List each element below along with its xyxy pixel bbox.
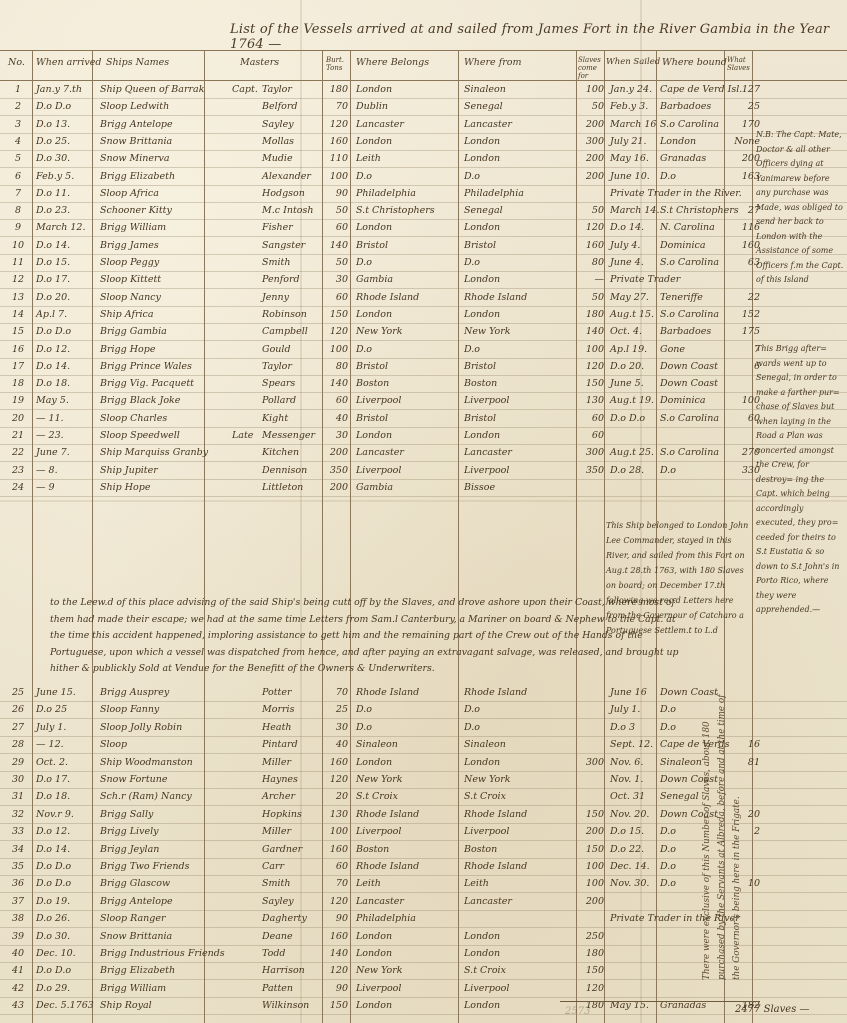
master-name: Sayley — [262, 119, 294, 130]
master-name: Mudie — [262, 153, 293, 164]
burthen-tons: 160 — [322, 136, 348, 147]
row-number: 14 — [8, 309, 28, 320]
where-belongs: Gambia — [356, 482, 393, 493]
where-from: London — [464, 948, 500, 959]
table-row: 12D.o 17.Sloop KittettPenford30GambiaLon… — [0, 272, 847, 289]
where-bound: D.o — [660, 878, 676, 889]
where-belongs: D.o — [356, 171, 372, 182]
ship-name: Brigg Antelope — [100, 896, 173, 907]
ship-name: Ship Africa — [100, 309, 154, 320]
slaves-come-for: 100 — [582, 344, 604, 355]
where-from: London — [464, 1000, 500, 1011]
row-number: 19 — [8, 395, 28, 406]
where-from: S.t Croix — [464, 965, 506, 976]
table-row: 16D.o 12.Brigg HopeGould100D.oD.o100Ap.l… — [0, 342, 847, 359]
total-rule — [560, 1001, 760, 1002]
master-name: Belford — [262, 101, 298, 112]
arrival-date: D.o D.o — [36, 861, 71, 872]
where-belongs: D.o — [356, 344, 372, 355]
row-number: 3 — [8, 119, 28, 130]
header-where-from: Where from — [464, 58, 521, 68]
burthen-tons: 100 — [322, 171, 348, 182]
what-slaves: 152 — [730, 309, 760, 320]
ship-name: Sloop — [100, 739, 127, 750]
slaves-come-for: 140 — [582, 326, 604, 337]
where-bound: Down Coast — [660, 378, 718, 389]
when-sailed: D.o 15. — [610, 826, 644, 837]
where-belongs: Liverpool — [356, 826, 401, 837]
burthen-tons: 50 — [322, 205, 348, 216]
where-bound: Teneriffe — [660, 292, 703, 303]
where-belongs: Leith — [356, 878, 381, 889]
where-bound: Dominica — [660, 240, 706, 251]
ship-name: Sloop Charles — [100, 413, 167, 424]
row-number: 39 — [8, 931, 28, 942]
ship-name: Snow Brittania — [100, 136, 172, 147]
where-from: Bissoe — [464, 482, 495, 493]
ship-name: Sloop Ledwith — [100, 101, 169, 112]
table-row: 4D.o 25.Snow BrittaniaMollas160LondonLon… — [0, 134, 847, 151]
row-number: 20 — [8, 413, 28, 424]
where-from: New York — [464, 326, 511, 337]
ship-name: Sloop Africa — [100, 188, 159, 199]
row-number: 27 — [8, 722, 28, 733]
ship-name: Brigg William — [100, 983, 166, 994]
master-name: Heath — [262, 722, 292, 733]
where-bound: S.o Carolina — [660, 309, 719, 320]
arrival-date: D.o 14. — [36, 844, 70, 855]
where-from: Lancaster — [464, 896, 512, 907]
ship-name: Brigg Jeylan — [100, 844, 159, 855]
master-name: Archer — [262, 791, 295, 802]
where-from: Philadelphia — [464, 188, 524, 199]
where-bound: Gone — [660, 344, 685, 355]
slaves-come-for: 200 — [582, 153, 604, 164]
note-brigg-hope: This Brigg after= wards went up to Seneg… — [756, 342, 844, 618]
burthen-tons: 40 — [322, 739, 348, 750]
where-belongs: Bristol — [356, 240, 388, 251]
master-prefix: Late — [232, 430, 253, 441]
table-row: 10D.o 14.Brigg JamesSangster140BristolBr… — [0, 238, 847, 255]
where-belongs: S.t Croix — [356, 791, 398, 802]
master-name: Harrison — [262, 965, 305, 976]
master-name: Kight — [262, 413, 288, 424]
arrival-date: Dec. 5.1763 — [36, 1000, 94, 1011]
where-bound: S.o Carolina — [660, 119, 719, 130]
slaves-come-for: 80 — [582, 257, 604, 268]
where-bound: Dominica — [660, 395, 706, 406]
table-row: 2D.o D.oSloop LedwithBelford70DublinSene… — [0, 99, 847, 116]
burthen-tons: 140 — [322, 378, 348, 389]
row-number: 43 — [8, 1000, 28, 1011]
when-sailed: June 10. — [610, 171, 650, 182]
table-row: 18D.o 18.Brigg Vig. PacquettSpears140Bos… — [0, 376, 847, 393]
arrival-date: D.o 17. — [36, 274, 70, 285]
where-belongs: London — [356, 757, 392, 768]
slaves-come-for: 100 — [582, 861, 604, 872]
slaves-come-for: 300 — [582, 447, 604, 458]
where-from: D.o — [464, 171, 480, 182]
master-name: Potter — [262, 687, 292, 698]
where-belongs: Bristol — [356, 361, 388, 372]
where-belongs: D.o — [356, 722, 372, 733]
where-from: Lancaster — [464, 447, 512, 458]
ship-name: Brigg Two Friends — [100, 861, 189, 872]
burthen-tons: 20 — [322, 791, 348, 802]
arrival-date: June 7. — [36, 447, 70, 458]
table-row: 5D.o 30.Snow MinervaMudie110LeithLondon2… — [0, 151, 847, 168]
where-bound: D.o — [660, 844, 676, 855]
ship-name: Snow Brittania — [100, 931, 172, 942]
where-belongs: Rhode Island — [356, 809, 419, 820]
table-row: 1Jan.y 7.thShip Queen of BarrakCapt.Tayl… — [0, 82, 847, 99]
when-sailed: Private Trader — [610, 274, 680, 285]
master-prefix: Capt. — [232, 84, 258, 95]
arrival-date: Nov.r 9. — [36, 809, 74, 820]
row-number: 29 — [8, 757, 28, 768]
slaves-come-for: 200 — [582, 171, 604, 182]
when-sailed: D.o 14. — [610, 222, 644, 233]
slaves-come-for: 150 — [582, 965, 604, 976]
header-masters: Masters — [240, 58, 279, 68]
arrival-date: D.o 25 — [36, 704, 67, 715]
ship-name: Ship Woodmanston — [100, 757, 193, 768]
where-bound: D.o — [660, 465, 676, 476]
burthen-tons: 90 — [322, 188, 348, 199]
arrival-date: — 9 — [36, 482, 55, 493]
where-bound: D.o — [660, 826, 676, 837]
table-row: 8D.o 23.Schooner KittyM.c Intosh50S.t Ch… — [0, 203, 847, 220]
arrival-date: Jan.y 7.th — [36, 84, 82, 95]
ship-name: Sloop Ranger — [100, 913, 165, 924]
when-sailed: D.o 20. — [610, 361, 644, 372]
where-from: Rhode Island — [464, 292, 527, 303]
when-sailed: June 5. — [610, 378, 644, 389]
when-sailed: July 1. — [610, 704, 640, 715]
where-belongs: D.o — [356, 257, 372, 268]
arrival-date: Oct. 2. — [36, 757, 68, 768]
burthen-tons: 150 — [322, 309, 348, 320]
ship-name: Schooner Kitty — [100, 205, 172, 216]
where-from: Liverpool — [464, 465, 509, 476]
master-name: Gould — [262, 344, 291, 355]
master-name: Smith — [262, 257, 291, 268]
where-belongs: Philadelphia — [356, 913, 416, 924]
ship-name: Ship Queen of Barrak — [100, 84, 204, 95]
where-belongs: Rhode Island — [356, 861, 419, 872]
where-belongs: Leith — [356, 153, 381, 164]
where-from: London — [464, 153, 500, 164]
where-belongs: Lancaster — [356, 119, 404, 130]
arrival-date: D.o D.o — [36, 878, 71, 889]
where-belongs: Gambia — [356, 274, 393, 285]
where-from: D.o — [464, 344, 480, 355]
where-from: S.t Croix — [464, 791, 506, 802]
row-number: 10 — [8, 240, 28, 251]
header-where-belongs: Where Belongs — [356, 58, 429, 68]
master-name: Littleton — [262, 482, 303, 493]
slaves-come-for: 100 — [582, 84, 604, 95]
arrival-date: — 8. — [36, 465, 58, 476]
where-belongs: Lancaster — [356, 896, 404, 907]
where-from: New York — [464, 774, 511, 785]
ship-name: Brigg Black Joke — [100, 395, 180, 406]
arrival-date: D.o 18. — [36, 791, 70, 802]
burthen-tons: 140 — [322, 240, 348, 251]
master-name: Patten — [262, 983, 293, 994]
slaves-come-for: 100 — [582, 878, 604, 889]
where-from: Liverpool — [464, 983, 509, 994]
page-title: List of the Vessels arrived at and saile… — [230, 22, 830, 52]
ship-name: Sloop Peggy — [100, 257, 159, 268]
when-sailed: Dec. 14. — [610, 861, 650, 872]
slaves-come-for: 200 — [582, 896, 604, 907]
burthen-tons: 180 — [322, 84, 348, 95]
arrival-date: D.o 19. — [36, 896, 70, 907]
where-bound: S.o Carolina — [660, 257, 719, 268]
where-belongs: London — [356, 948, 392, 959]
row-number: 28 — [8, 739, 28, 750]
header-when-sailed: When Sailed — [606, 58, 660, 67]
burthen-tons: 160 — [322, 931, 348, 942]
row-number: 18 — [8, 378, 28, 389]
burthen-tons: 150 — [322, 1000, 348, 1011]
row-number: 11 — [8, 257, 28, 268]
ship-name: Brigg Elizabeth — [100, 171, 175, 182]
row-number: 25 — [8, 687, 28, 698]
ship-name: Ship Hope — [100, 482, 150, 493]
burthen-tons: 100 — [322, 344, 348, 355]
burthen-tons: 70 — [322, 687, 348, 698]
when-sailed: Aug.t 15. — [610, 309, 654, 320]
arrival-date: D.o 13. — [36, 119, 70, 130]
table-row: 7D.o 11.Sloop AfricaHodgson90Philadelphi… — [0, 186, 847, 203]
arrival-date: D.o D.o — [36, 101, 71, 112]
when-sailed: D.o 3 — [610, 722, 635, 733]
where-belongs: Liverpool — [356, 395, 401, 406]
table-row: 24— 9Ship HopeLittleton200GambiaBissoe — [0, 480, 847, 497]
arrival-date: — 12. — [36, 739, 64, 750]
divider — [0, 80, 847, 81]
what-slaves: 175 — [730, 326, 760, 337]
ship-name: Ship Jupiter — [100, 465, 158, 476]
master-name: Hodgson — [262, 188, 305, 199]
ship-name: Brigg James — [100, 240, 159, 251]
where-from: Sinaleon — [464, 739, 506, 750]
fold-line — [0, 500, 847, 502]
when-sailed: Oct. 31 — [610, 791, 645, 802]
where-bound: D.o — [660, 704, 676, 715]
slaves-come-for: 60 — [582, 413, 604, 424]
when-sailed: Ap.l 19. — [610, 344, 647, 355]
ship-name: Brigg Elizabeth — [100, 965, 175, 976]
row-number: 9 — [8, 222, 28, 233]
where-from: Boston — [464, 378, 497, 389]
table-row: 3D.o 13.Brigg AntelopeSayley120Lancaster… — [0, 117, 847, 134]
master-name: Gardner — [262, 844, 302, 855]
where-from: London — [464, 274, 500, 285]
arrival-date: D.o D.o — [36, 965, 71, 976]
where-belongs: Sinaleon — [356, 739, 398, 750]
header-ships-names: Ships Names — [106, 58, 169, 68]
slaves-come-for: 50 — [582, 205, 604, 216]
when-sailed: May 27. — [610, 292, 649, 303]
where-from: Bristol — [464, 240, 496, 251]
arrival-date: March 12. — [36, 222, 86, 233]
ship-name: Brigg Gambia — [100, 326, 167, 337]
row-number: 36 — [8, 878, 28, 889]
burthen-tons: 120 — [322, 119, 348, 130]
header-slaves-come-for: Slaves come for — [578, 56, 604, 80]
arrival-date: July 1. — [36, 722, 66, 733]
burthen-tons: 110 — [322, 153, 348, 164]
where-belongs: Boston — [356, 844, 389, 855]
header-no: No. — [8, 58, 25, 68]
where-from: Senegal — [464, 205, 503, 216]
master-name: Fisher — [262, 222, 293, 233]
where-from: London — [464, 757, 500, 768]
burthen-tons: 30 — [322, 430, 348, 441]
when-sailed: July 21. — [610, 136, 646, 147]
arrival-date: D.o 26. — [36, 913, 70, 924]
where-from: Bristol — [464, 361, 496, 372]
slaves-come-for: 50 — [582, 101, 604, 112]
burthen-tons: 40 — [322, 413, 348, 424]
where-belongs: London — [356, 222, 392, 233]
burthen-tons: 80 — [322, 361, 348, 372]
ship-name: Snow Fortune — [100, 774, 168, 785]
slaves-come-for: 200 — [582, 119, 604, 130]
ship-name: Sloop Kittett — [100, 274, 161, 285]
where-from: Boston — [464, 844, 497, 855]
burthen-tons: 120 — [322, 965, 348, 976]
burthen-tons: 160 — [322, 757, 348, 768]
ship-name: Brigg Industrious Friends — [100, 948, 225, 959]
master-name: Pintard — [262, 739, 298, 750]
table-row: 21— 23.Sloop SpeedwellLateMessenger30Lon… — [0, 428, 847, 445]
where-from: London — [464, 136, 500, 147]
master-name: Dennison — [262, 465, 307, 476]
slaves-come-for: 200 — [582, 826, 604, 837]
where-belongs: London — [356, 430, 392, 441]
master-name: Miller — [262, 757, 291, 768]
row-number: 23 — [8, 465, 28, 476]
burthen-tons: 90 — [322, 913, 348, 924]
burthen-tons: 60 — [322, 395, 348, 406]
when-sailed: Feb.y 3. — [610, 101, 648, 112]
where-from: London — [464, 309, 500, 320]
when-sailed: Aug.t 19. — [610, 395, 654, 406]
when-sailed: Private Trader in the River. — [610, 188, 742, 199]
header-where-bound: Where bound — [662, 58, 727, 68]
slaves-come-for: 120 — [582, 983, 604, 994]
slaves-come-for: 50 — [582, 292, 604, 303]
where-belongs: Lancaster — [356, 447, 404, 458]
master-name: Carr — [262, 861, 284, 872]
row-rule — [0, 496, 847, 497]
master-name: Messenger — [262, 430, 315, 441]
arrival-date: D.o 23. — [36, 205, 70, 216]
where-from: Bristol — [464, 413, 496, 424]
row-number: 21 — [8, 430, 28, 441]
where-from: Liverpool — [464, 826, 509, 837]
where-belongs: London — [356, 1000, 392, 1011]
arrival-date: D.o 20. — [36, 292, 70, 303]
master-name: Sayley — [262, 896, 294, 907]
slaves-come-for: 60 — [582, 430, 604, 441]
row-number: 26 — [8, 704, 28, 715]
ship-name: Sloop Nancy — [100, 292, 161, 303]
when-sailed: Nov. 30. — [610, 878, 649, 889]
where-bound: Granadas — [660, 153, 706, 164]
ship-name: Ship Royal — [100, 1000, 152, 1011]
where-from: London — [464, 222, 500, 233]
slaves-come-for: 130 — [582, 395, 604, 406]
master-name: Taylor — [262, 84, 292, 95]
where-from: D.o — [464, 722, 480, 733]
burthen-tons: 70 — [322, 878, 348, 889]
where-bound: Down Coast — [660, 361, 718, 372]
burthen-tons: 60 — [322, 222, 348, 233]
burthen-tons: 60 — [322, 292, 348, 303]
where-bound: S.o Carolina — [660, 447, 719, 458]
arrival-date: D.o 29. — [36, 983, 70, 994]
ship-name: Sloop Fanny — [100, 704, 159, 715]
row-number: 4 — [8, 136, 28, 147]
slaves-come-for: 180 — [582, 948, 604, 959]
row-number: 7 — [8, 188, 28, 199]
row-number: 13 — [8, 292, 28, 303]
arrival-date: D.o 14. — [36, 240, 70, 251]
where-belongs: Bristol — [356, 413, 388, 424]
master-name: Spears — [262, 378, 295, 389]
table-row: 15D.o D.oBrigg GambiaCampbell120New York… — [0, 324, 847, 341]
ship-name: Brigg Prince Wales — [100, 361, 192, 372]
what-slaves: 25 — [730, 101, 760, 112]
slaves-come-for: 300 — [582, 757, 604, 768]
ship-name: Brigg Hope — [100, 344, 155, 355]
ship-name: Sloop Speedwell — [100, 430, 180, 441]
table-row: 13D.o 20.Sloop NancyJenny60Rhode IslandR… — [0, 290, 847, 307]
table-row: 11D.o 15.Sloop PeggySmith50D.oD.o80June … — [0, 255, 847, 272]
burthen-tons: 30 — [322, 722, 348, 733]
when-sailed: May 16. — [610, 153, 649, 164]
when-sailed: Nov. 1. — [610, 774, 643, 785]
burthen-tons: 25 — [322, 704, 348, 715]
arrival-date: — 23. — [36, 430, 64, 441]
table-row: 23— 8.Ship JupiterDennison350LiverpoolLi… — [0, 463, 847, 480]
where-bound: N. Carolina — [660, 222, 715, 233]
where-bound: Sinaleon — [660, 757, 702, 768]
where-from: D.o — [464, 257, 480, 268]
note-nb-officers: N.B: The Capt. Mate, Doctor & all other … — [756, 128, 844, 288]
arrival-date: D.o 15. — [36, 257, 70, 268]
burthen-tons: 100 — [322, 826, 348, 837]
master-name: Dagherty — [262, 913, 307, 924]
where-belongs: Boston — [356, 378, 389, 389]
where-from: Lancaster — [464, 119, 512, 130]
arrival-date: D.o 14. — [36, 361, 70, 372]
burthen-tons: 120 — [322, 896, 348, 907]
where-belongs: Philadelphia — [356, 188, 416, 199]
master-name: Pollard — [262, 395, 296, 406]
note-albreda-slaves: There were exclusive of this Number of S… — [700, 690, 745, 980]
ship-name: Brigg Antelope — [100, 119, 173, 130]
total-slaves: 2477 Slaves — — [735, 1004, 810, 1015]
where-from: Leith — [464, 878, 489, 889]
where-bound: D.o — [660, 861, 676, 872]
slaves-come-for: 250 — [582, 931, 604, 942]
